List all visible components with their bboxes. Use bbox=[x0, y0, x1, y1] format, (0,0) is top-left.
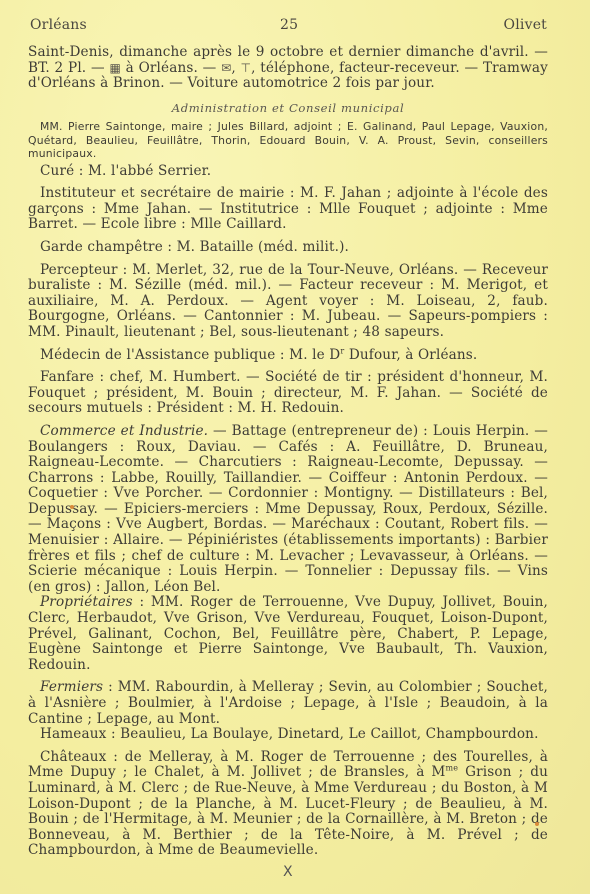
header-left-place: Orléans bbox=[30, 17, 87, 33]
proprietaires-paragraph: Propriétaires : MM. Roger de Terrouenne,… bbox=[28, 595, 548, 673]
instituteur-paragraph: Instituteur et secrétaire de mairie : M.… bbox=[28, 186, 548, 233]
hameaux-paragraph: Hameaux : Beaulieu, La Boulaye, Dinetard… bbox=[28, 727, 548, 743]
proprietaires-label: Propriétaires bbox=[40, 594, 133, 610]
document-page: Orléans 25 Olivet Saint-Denis, dimanche … bbox=[0, 0, 590, 894]
percepteur-paragraph: Percepteur : M. Merlet, 32, rue de la To… bbox=[28, 263, 548, 341]
telegraph-icon: ⊤ bbox=[241, 61, 252, 75]
section-title: Administration et Conseil municipal bbox=[28, 101, 548, 117]
madame-abbrev-sup: me bbox=[446, 764, 459, 773]
medecin-text-end: Dufour, à Orléans. bbox=[344, 347, 477, 363]
fanfare-paragraph: Fanfare : chef, M. Humbert. — Société de… bbox=[28, 370, 548, 417]
services-text: , téléphone, facteur-receveur. — Tramway… bbox=[28, 60, 548, 92]
ink-stain bbox=[70, 505, 74, 509]
signature-mark: X bbox=[283, 864, 293, 880]
page-number: 25 bbox=[280, 17, 298, 33]
commerce-label: Commerce et Industrie. bbox=[40, 423, 208, 439]
railway-station-icon: ▦ bbox=[109, 61, 121, 75]
fermiers-text: : MM. Rabourdin, à Melleray ; Sevin, au … bbox=[28, 679, 548, 726]
medecin-text: Médecin de l'Assistance publique : M. le… bbox=[40, 347, 340, 363]
page-body: Saint-Denis, dimanche après le 9 octobre… bbox=[28, 45, 548, 859]
commerce-text: — Battage (entrepreneur de) : Louis Herp… bbox=[28, 423, 548, 595]
fermiers-paragraph: Fermiers : MM. Rabourdin, à Melleray ; S… bbox=[28, 680, 548, 727]
chateaux-paragraph: Châteaux : de Melleray, à M. Roger de Te… bbox=[28, 750, 548, 859]
cure-paragraph: Curé : M. l'abbé Serrier. bbox=[28, 164, 548, 180]
council-members: MM. Pierre Saintonge, maire ; Jules Bill… bbox=[28, 120, 548, 160]
station-text: à Orléans. — bbox=[126, 60, 217, 76]
garde-paragraph: Garde champêtre : M. Bataille (méd. mili… bbox=[28, 240, 548, 256]
ink-stain bbox=[535, 822, 539, 826]
intro-text: Saint-Denis, dimanche après le 9 octobre… bbox=[28, 44, 529, 60]
running-header: Orléans 25 Olivet bbox=[30, 17, 547, 33]
medecin-paragraph: Médecin de l'Assistance publique : M. le… bbox=[28, 348, 548, 364]
header-right-place: Olivet bbox=[504, 17, 547, 33]
intro-paragraph: Saint-Denis, dimanche après le 9 octobre… bbox=[28, 45, 548, 92]
commerce-paragraph: Commerce et Industrie. — Battage (entrep… bbox=[28, 424, 548, 596]
fermiers-label: Fermiers bbox=[40, 679, 103, 695]
post-office-icon: ✉ bbox=[221, 61, 231, 75]
